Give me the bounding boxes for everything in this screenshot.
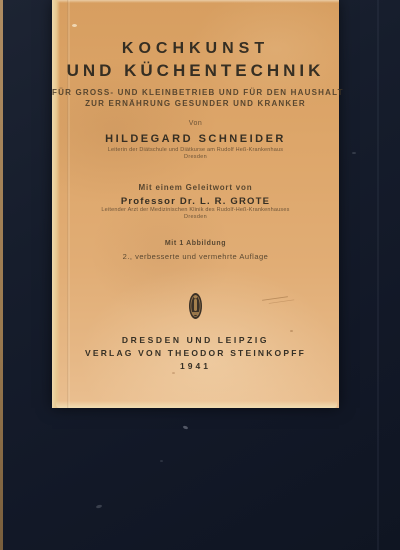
- dust-speck: [183, 425, 189, 430]
- book-bottom-page-edge: [56, 401, 337, 408]
- book-subtitle-line2: ZUR ERNÄHRUNG GESUNDER UND KRANKER: [52, 99, 339, 108]
- foreword-author: Professor Dr. L. R. GROTE: [52, 196, 339, 207]
- author-affiliation: Leiterin der Diätschule und Diätkurse am…: [52, 147, 339, 153]
- publisher-name-line: VERLAG VON THEODOR STEINKOPFF: [52, 348, 339, 358]
- dust-speck: [160, 460, 163, 462]
- edition-note: 2., verbesserte und vermehrte Auflage: [52, 252, 339, 261]
- foreword-city: Dresden: [52, 214, 339, 220]
- author-name: HILDEGARD SCHNEIDER: [52, 133, 339, 145]
- photo-left-edge: [0, 0, 3, 550]
- publisher-city-line: DRESDEN UND LEIPZIG: [52, 335, 339, 345]
- foreword-intro: Mit einem Geleitwort von: [52, 183, 339, 192]
- book-cover: KOCHKUNST UND KÜCHENTECHNIK FÜR GROSS- U…: [52, 0, 339, 408]
- publication-year: 1941: [52, 361, 339, 371]
- publisher-emblem-icon: [52, 291, 339, 323]
- cover-speck: [72, 24, 77, 27]
- cover-speck: [290, 330, 293, 332]
- background-seam: [377, 0, 379, 550]
- cover-speck: [172, 372, 175, 374]
- dust-speck: [352, 152, 356, 154]
- dust-speck: [96, 504, 103, 508]
- book-title-line2: UND KÜCHENTECHNIK: [52, 61, 339, 81]
- book-top-page-edge: [52, 0, 339, 3]
- illustration-note: Mit 1 Abbildung: [52, 240, 339, 247]
- book-title-line1: KOCHKUNST: [52, 40, 339, 58]
- author-city: Dresden: [52, 154, 339, 160]
- foreword-affiliation: Leitender Arzt der Medizinischen Klinik …: [52, 207, 339, 213]
- book-subtitle-line1: FÜR GROSS- UND KLEINBETRIEB UND FÜR DEN …: [52, 88, 339, 97]
- byline-label: Von: [52, 120, 339, 127]
